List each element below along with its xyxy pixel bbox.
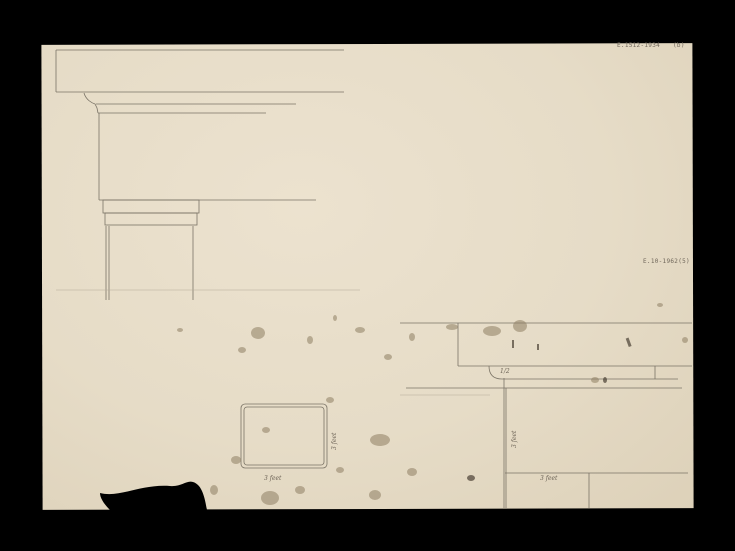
annotation-right-vertical: 3 feet [511, 430, 518, 448]
annotation-corner: 1/2 [500, 368, 510, 375]
mid-right-label: E.10-1962(5) [643, 258, 690, 265]
pilaster-capital [103, 200, 199, 225]
annotation-bottom-right: 3 feet [540, 475, 558, 482]
cornice-slab [56, 50, 344, 92]
cyma-molding [84, 93, 98, 113]
page-mark: (b) [673, 42, 685, 49]
pilaster-shaft [106, 226, 193, 300]
paper-tear [0, 482, 240, 551]
annotation-panel-bottom: 3 feet [264, 475, 282, 482]
panel-frame [241, 404, 327, 468]
inventory-number: E.1512-1934 [617, 42, 660, 49]
architrave-block [99, 113, 316, 200]
scan-background: E.1512-1934 (b) E.10-1962(5) 3 feet 3 fe… [0, 0, 735, 551]
drawing-layer: E.1512-1934 (b) E.10-1962(5) 3 feet 3 fe… [0, 0, 735, 551]
annotation-panel-side: 3 feet [331, 432, 338, 450]
